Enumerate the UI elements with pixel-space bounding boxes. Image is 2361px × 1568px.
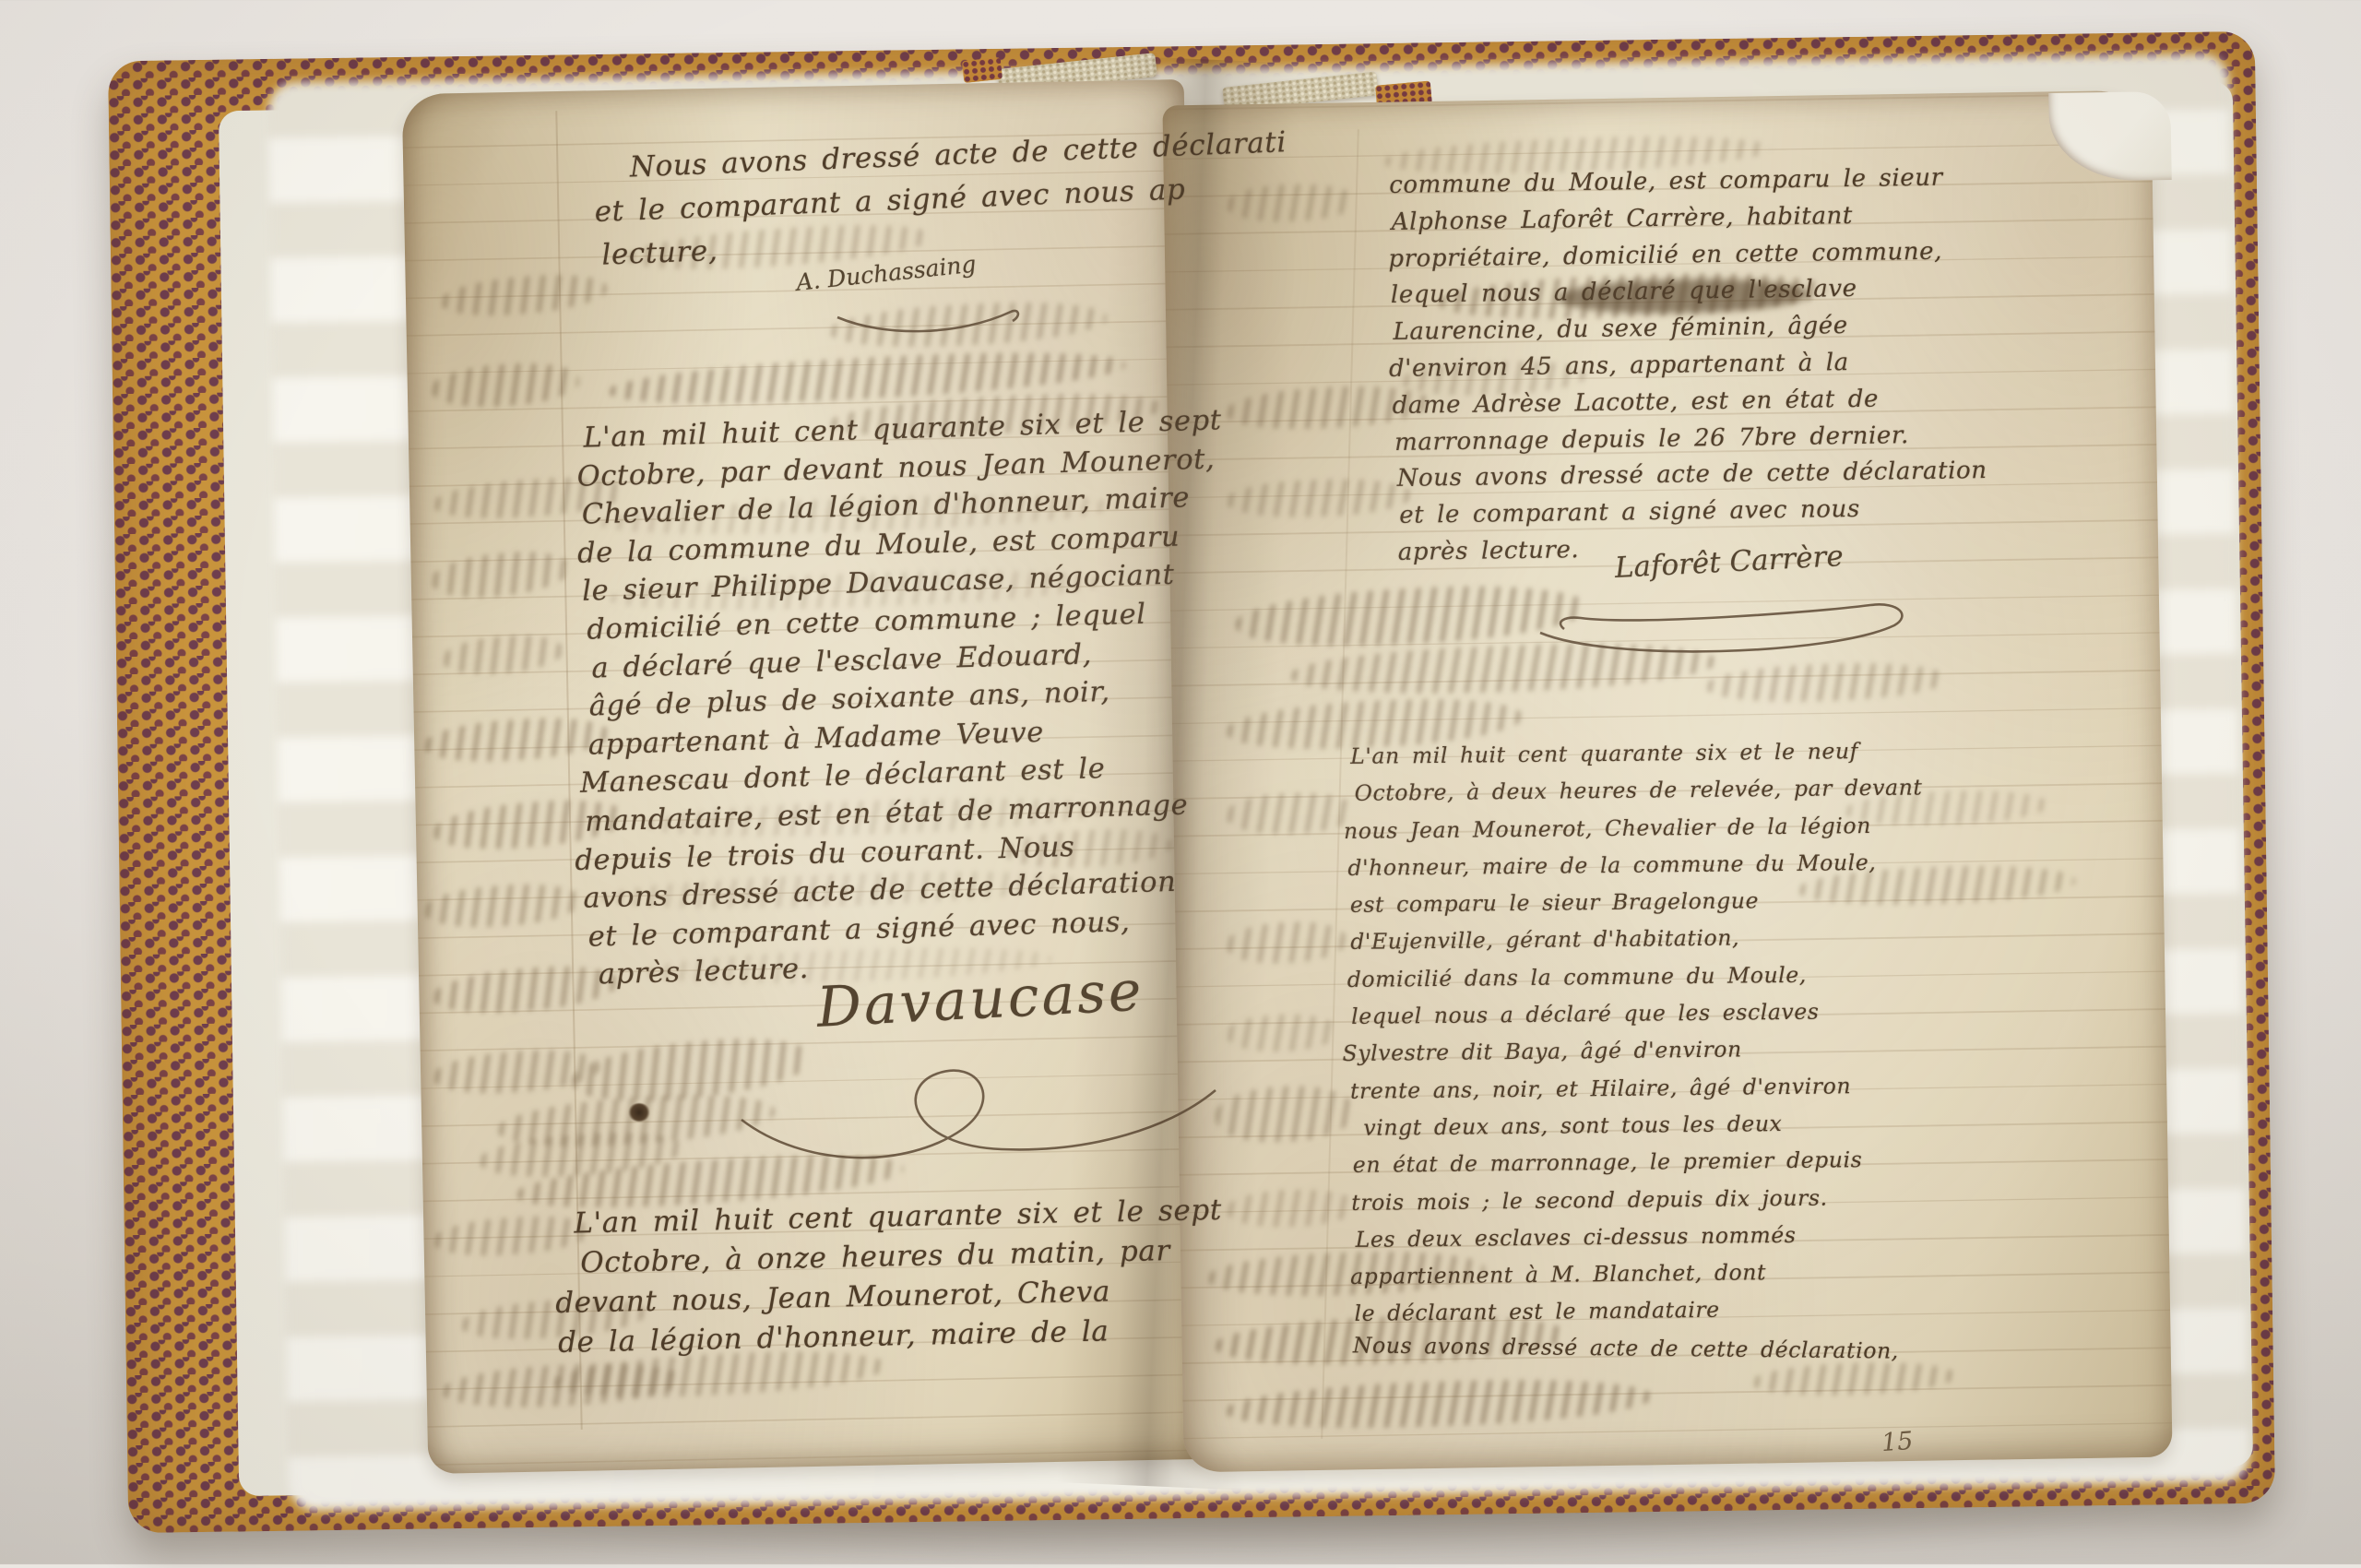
manuscript-line: domicilié dans la commune du Moule, (1347, 955, 1925, 998)
manuscript-line: en état de marronnage, le premier depuis (1353, 1141, 1927, 1184)
manuscript-line: d'Eujenville, gérant d'habitation, (1350, 918, 1924, 961)
left-act-1846-oct-7-morning: L'an mil huit cent quarante six et le se… (553, 1191, 1225, 1363)
manuscript-line: Octobre, à deux heures de relevée, par d… (1354, 769, 1922, 813)
page-number-folio: 15 (1880, 1427, 1914, 1457)
manuscript-line: Nous avons dressé acte de cette déclarat… (1353, 1326, 1928, 1370)
manuscript-line: L'an mil huit cent quarante six et le ne… (1350, 731, 1922, 775)
left-act-1846-oct-7: L'an mil huit cent quarante six et le se… (570, 401, 1237, 994)
manuscript-line: Sylvestre dit Baya, âgé d'environ (1342, 1029, 1925, 1073)
right-act-1846-oct-9: L'an mil huit cent quarante six et le ne… (1343, 731, 1928, 1370)
manuscript-line: nous Jean Mounerot, Chevalier de la légi… (1344, 806, 1923, 849)
manuscript-line: trois mois ; le second depuis dix jours. (1351, 1178, 1927, 1221)
manuscript-line: Les deux esclaves ci-dessus nommés (1355, 1215, 1927, 1258)
manuscript-line: le déclarant est le mandataire (1354, 1289, 1928, 1333)
ink-blot (628, 1103, 650, 1122)
manuscript-line: d'honneur, maire de la commune du Moule, (1347, 843, 1923, 886)
manuscript-line: vingt deux ans, sont tous les deux (1363, 1103, 1926, 1146)
manuscript-line: trente ans, noir, et Hilaire, âgé d'envi… (1350, 1066, 1926, 1110)
spine-cover-nub-left (962, 57, 1003, 83)
manuscript-line: est comparu le sieur Bragelongue (1350, 881, 1924, 924)
manuscript-line: lequel nous a déclaré que les esclaves (1351, 992, 1925, 1035)
photograph-of-open-register: Nous avons dressé acte de cette déclarat… (0, 0, 2361, 1564)
right-act-continuation: commune du Moule, est comparu le sieur A… (1389, 160, 1988, 572)
manuscript-line: appartiennent à M. Blanchet, dont (1350, 1253, 1928, 1296)
